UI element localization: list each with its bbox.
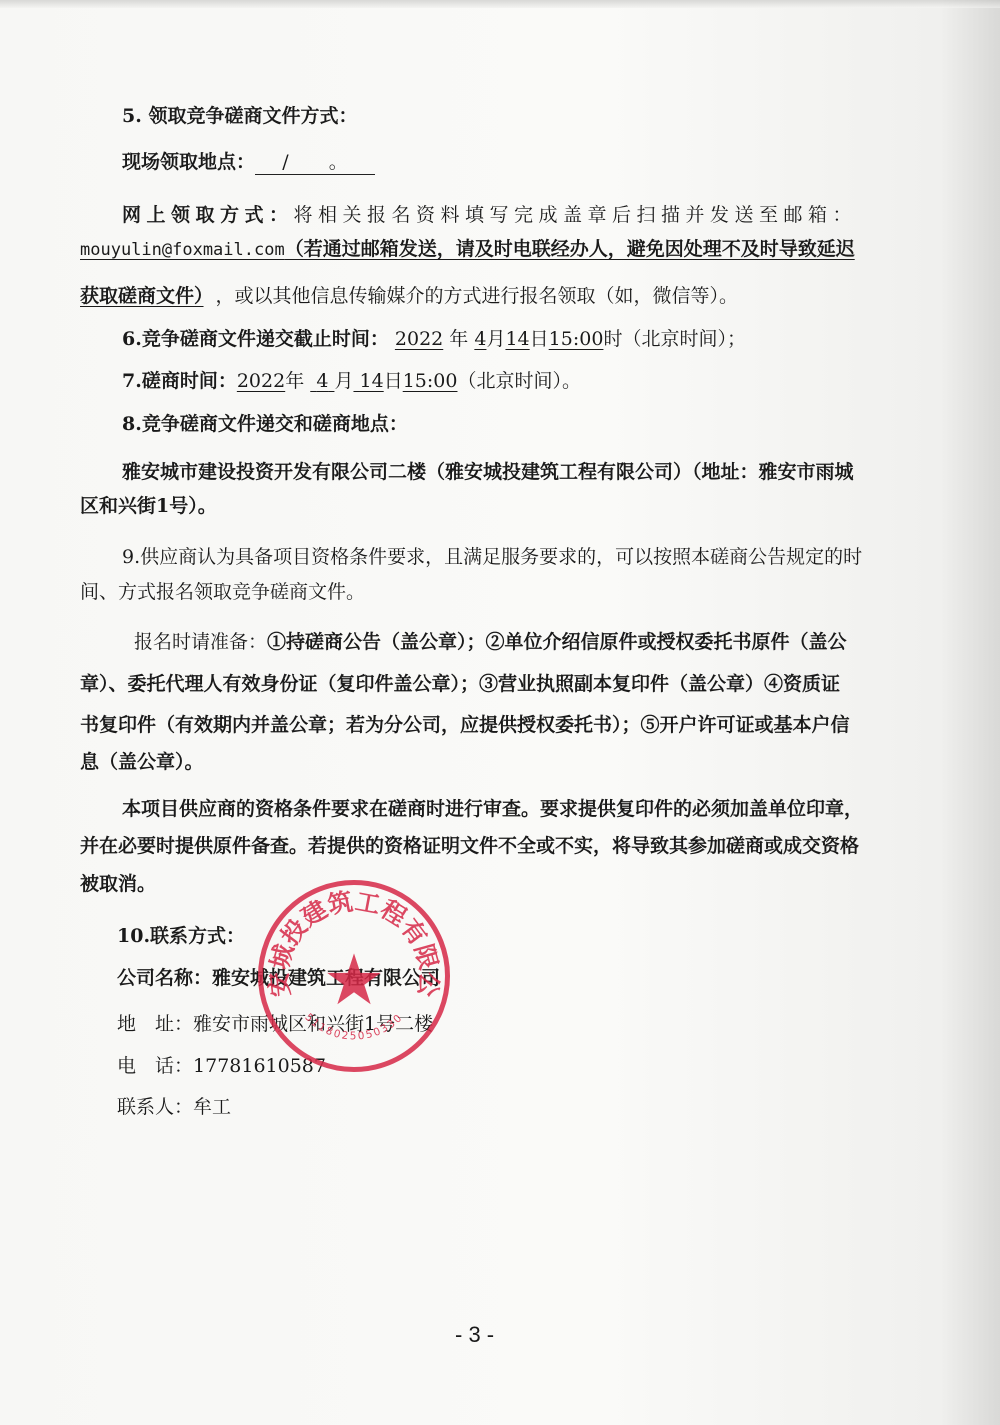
- email-address[interactable]: mouyulin@foxmail.com: [80, 240, 285, 260]
- onsite-line: 现场领取地点：/。: [122, 150, 375, 175]
- document-page: 5. 领取竞争磋商文件方式： 现场领取地点：/。 网上领取方式：将相关报名资料填…: [0, 0, 1000, 1425]
- company-seal: 雅安城投建筑工程有限公司 5118025050330 ★: [258, 880, 450, 1072]
- seal-star-icon: ★: [323, 945, 386, 1015]
- section8-address-2: 区和兴街1号）。: [80, 494, 217, 518]
- prep-line4: 息（盖公章）。: [80, 750, 204, 774]
- section8-address-1: 雅安城市建设投资开发有限公司二楼（雅安城投建筑工程有限公司）（地址：雅安市雨城: [122, 460, 854, 484]
- prep-line3: 书复印件（有效期内并盖公章；若为分公司，应提供授权委托书）；⑤开户许可证或基本户…: [80, 713, 850, 737]
- online-text: 将相关报名资料填写完成盖章后扫描并发送至邮箱：: [294, 204, 858, 226]
- online-label: 网上领取方式：: [122, 204, 294, 226]
- section5-heading: 5. 领取竞争磋商文件方式：: [122, 104, 357, 128]
- prep-line2: 章）、委托代理人有效身份证（复印件盖公章）；③营业执照副本复印件（盖公章）④资质…: [80, 672, 840, 696]
- qualification-line3: 被取消。: [80, 872, 156, 896]
- section8-heading: 8.竞争磋商文件递交和磋商地点：: [122, 412, 408, 436]
- prep-line1: 报名时请准备：①持磋商公告（盖公章）；②单位介绍信原件或授权委托书原件（盖公: [134, 630, 847, 654]
- qualification-line2: 并在必要时提供原件备查。若提供的资格证明文件不全或不实，将导致其参加磋商或成交资…: [80, 834, 859, 858]
- onsite-blank: /。: [255, 150, 375, 175]
- onsite-label: 现场领取地点：: [122, 151, 255, 173]
- section9-line2: 间、方式报名领取竞争磋商文件。: [80, 580, 365, 604]
- section7-time: 7.磋商时间：2022年 4 月 14日15:00（北京时间）。: [122, 369, 581, 393]
- qualification-line1: 本项目供应商的资格条件要求在磋商时进行审查。要求提供复印件的必须加盖单位印章，: [122, 797, 863, 821]
- page-number: - 3 -: [455, 1322, 494, 1348]
- contact-line: 联系人：牟工: [117, 1095, 231, 1119]
- email-note: （若通过邮箱发送，请及时电联经办人，避免因处理不及时导致延迟: [285, 238, 855, 260]
- online-tail-line: 获取磋商文件），或以其他信息传输媒介的方式进行报名领取（如，微信等）。: [80, 284, 738, 308]
- online-line: 网上领取方式：将相关报名资料填写完成盖章后扫描并发送至邮箱：: [122, 203, 857, 227]
- section9-line1: 9.供应商认为具备项目资格条件要求，且满足服务要求的，可以按照本磋商公告规定的时: [122, 545, 862, 569]
- scan-top-edge: [0, 0, 1000, 8]
- scan-right-edge: [940, 0, 1000, 1425]
- section6-deadline: 6.竞争磋商文件递交截止时间： 2022 年 4月14日15:00时（北京时间）…: [122, 327, 746, 351]
- email-line: mouyulin@foxmail.com（若通过邮箱发送，请及时电联经办人，避免…: [80, 237, 855, 262]
- section10-heading: 10.联系方式：: [117, 924, 245, 948]
